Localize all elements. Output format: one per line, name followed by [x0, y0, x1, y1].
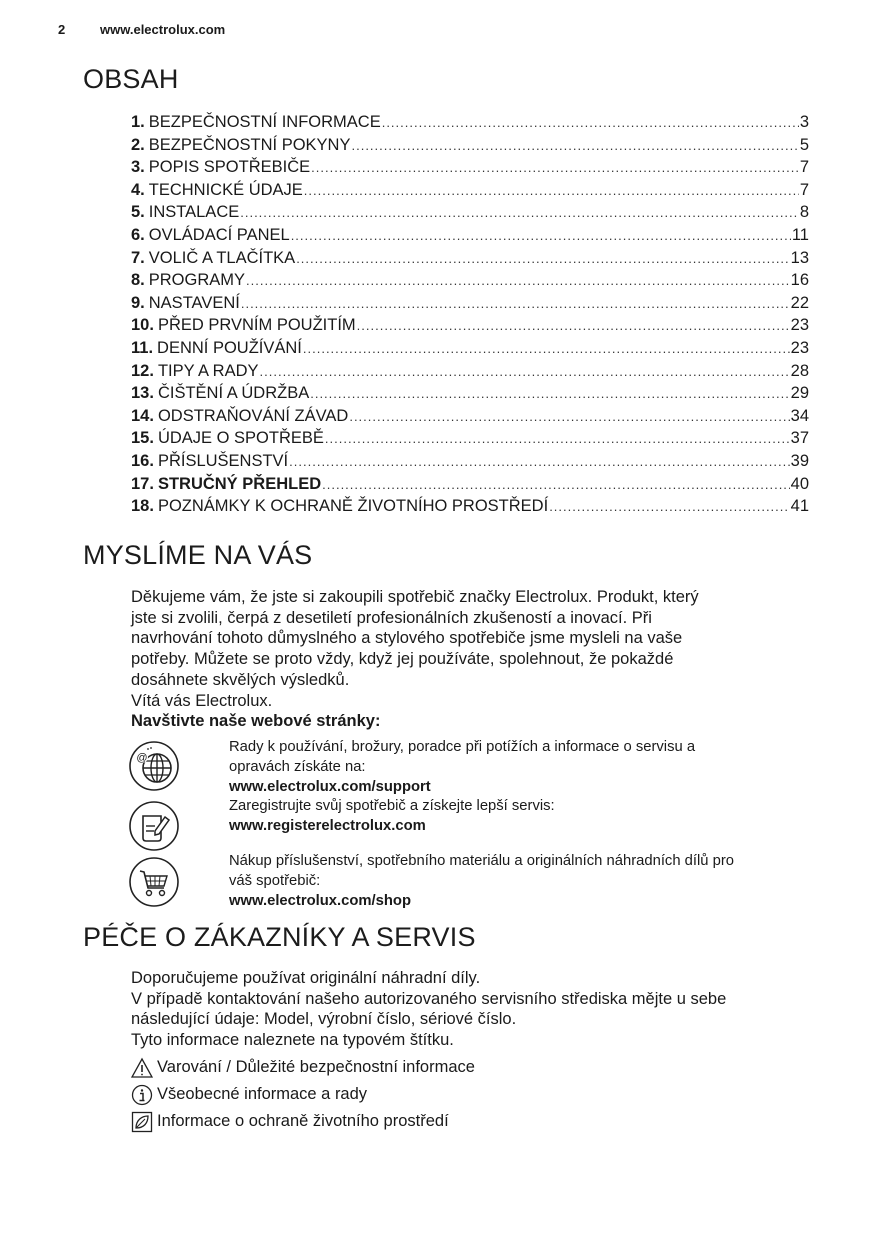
toc-item[interactable]: 7.VOLIČ A TLAČÍTKA13	[131, 247, 809, 270]
toc-item-page: 16	[791, 269, 809, 292]
toc-item-number: 17.	[131, 473, 154, 496]
toc-item-number: 9.	[131, 292, 145, 315]
text-line: Rady k používání, brožury, poradce při p…	[229, 737, 819, 757]
text-line: Zaregistrujte svůj spotřebič a získejte …	[229, 796, 819, 816]
page-header: 2www.electrolux.com	[58, 22, 225, 37]
toc-item-title: PŘÍSLUŠENSTVÍ	[158, 450, 288, 473]
toc-item-page: 34	[791, 405, 809, 428]
text-line: Nákup příslušenství, spotřebního materiá…	[229, 851, 819, 871]
toc-leader-dots	[357, 315, 790, 338]
toc-item-page: 28	[791, 360, 809, 383]
toc-item-title: ÚDAJE O SPOTŘEBĚ	[158, 427, 324, 450]
toc-item-number: 13.	[131, 382, 154, 405]
toc-item-title: STRUČNÝ PŘEHLED	[158, 473, 321, 496]
svg-text:@: @	[136, 752, 147, 764]
legend-text: Všeobecné informace a rady	[157, 1085, 367, 1104]
toc-item[interactable]: 9.NASTAVENÍ22	[131, 292, 809, 315]
service-paragraph: Doporučujeme používat originální náhradn…	[131, 968, 821, 1051]
leaf-environment-icon	[131, 1111, 153, 1133]
site-url[interactable]: www.electrolux.com	[100, 22, 225, 37]
toc-item-number: 15.	[131, 427, 154, 450]
symbol-legend: Varování / Důležité bezpečnostní informa…	[131, 1054, 475, 1135]
legend-item-environment: Informace o ochraně životního prostředí	[131, 1108, 475, 1135]
toc-item[interactable]: 15.ÚDAJE O SPOTŘEBĚ37	[131, 427, 809, 450]
toc-leader-dots	[296, 248, 789, 271]
table-of-contents: 1.BEZPEČNOSTNÍ INFORMACE32.BEZPEČNOSTNÍ …	[131, 111, 809, 518]
toc-item-title: INSTALACE	[149, 201, 239, 224]
globe-at-icon: @	[128, 740, 180, 792]
toc-item[interactable]: 17.STRUČNÝ PŘEHLED40	[131, 473, 809, 496]
shopping-cart-icon	[128, 856, 180, 908]
support-link[interactable]: www.electrolux.com/support	[229, 777, 819, 797]
toc-item[interactable]: 18.POZNÁMKY K OCHRANĚ ŽIVOTNÍHO PROSTŘED…	[131, 495, 809, 518]
toc-leader-dots	[260, 361, 790, 384]
toc-item-page: 13	[791, 247, 809, 270]
toc-item-page: 5	[800, 134, 809, 157]
toc-item-number: 1.	[131, 111, 145, 134]
toc-item-title: DENNÍ POUŽÍVÁNÍ	[157, 337, 302, 360]
info-circle-icon	[131, 1084, 153, 1106]
toc-item[interactable]: 3.POPIS SPOTŘEBIČE7	[131, 156, 809, 179]
legend-text: Varování / Důležité bezpečnostní informa…	[157, 1058, 475, 1077]
toc-item[interactable]: 16.PŘÍSLUŠENSTVÍ39	[131, 450, 809, 473]
text-line: jste si zvolili, čerpá z desetiletí prof…	[131, 608, 821, 629]
toc-leader-dots	[240, 202, 799, 225]
toc-item-page: 37	[791, 427, 809, 450]
toc-leader-dots	[246, 270, 790, 293]
toc-item[interactable]: 10.PŘED PRVNÍM POUŽITÍM23	[131, 314, 809, 337]
toc-item-title: OVLÁDACÍ PANEL	[149, 224, 290, 247]
toc-leader-dots	[549, 496, 789, 519]
toc-item-number: 11.	[131, 337, 153, 360]
toc-item-title: ČIŠTĚNÍ A ÚDRŽBA	[158, 382, 309, 405]
toc-item-number: 4.	[131, 179, 145, 202]
toc-item-title: POZNÁMKY K OCHRANĚ ŽIVOTNÍHO PROSTŘEDÍ	[158, 495, 548, 518]
text-line: potřeby. Můžete se proto vždy, když jej …	[131, 649, 821, 670]
toc-leader-dots	[310, 383, 789, 406]
text-line: opravách získáte na:	[229, 757, 819, 777]
warning-triangle-icon	[131, 1057, 153, 1079]
toc-heading: OBSAH	[83, 64, 179, 95]
toc-item-number: 8.	[131, 269, 145, 292]
text-line: váš spotřebič:	[229, 871, 819, 891]
toc-leader-dots	[382, 112, 799, 135]
toc-item-page: 8	[800, 201, 809, 224]
toc-item-page: 3	[800, 111, 809, 134]
toc-item-number: 14.	[131, 405, 154, 428]
toc-item-number: 6.	[131, 224, 145, 247]
toc-leader-dots	[325, 428, 790, 451]
toc-item-page: 7	[800, 179, 809, 202]
toc-item[interactable]: 8.PROGRAMY16	[131, 269, 809, 292]
toc-item[interactable]: 1.BEZPEČNOSTNÍ INFORMACE3	[131, 111, 809, 134]
toc-leader-dots	[303, 338, 790, 361]
visit-label: Navštivte naše webové stránky:	[131, 711, 821, 732]
toc-leader-dots	[289, 451, 789, 474]
toc-item-title: TIPY A RADY	[158, 360, 259, 383]
toc-item[interactable]: 14.ODSTRAŇOVÁNÍ ZÁVAD34	[131, 405, 809, 428]
toc-item-page: 7	[800, 156, 809, 179]
text-line: dosáhnete skvělých výsledků.	[131, 670, 821, 691]
toc-item[interactable]: 6.OVLÁDACÍ PANEL11	[131, 224, 809, 247]
toc-leader-dots	[311, 157, 799, 180]
toc-item[interactable]: 11.DENNÍ POUŽÍVÁNÍ23	[131, 337, 809, 360]
toc-item-number: 7.	[131, 247, 145, 270]
toc-leader-dots	[322, 474, 790, 497]
toc-leader-dots	[241, 293, 790, 316]
toc-item-title: NASTAVENÍ	[149, 292, 240, 315]
toc-item-title: VOLIČ A TLAČÍTKA	[149, 247, 295, 270]
text-line: Tyto informace naleznete na typovém štít…	[131, 1030, 821, 1051]
register-link[interactable]: www.registerelectrolux.com	[229, 816, 819, 836]
toc-item-title: ODSTRAŇOVÁNÍ ZÁVAD	[158, 405, 348, 428]
toc-item-page: 40	[791, 473, 809, 496]
toc-leader-dots	[304, 180, 799, 203]
shop-link[interactable]: www.electrolux.com/shop	[229, 891, 819, 911]
intro-paragraph: Děkujeme vám, že jste si zakoupili spotř…	[131, 587, 821, 732]
legend-item-warning: Varování / Důležité bezpečnostní informa…	[131, 1054, 475, 1081]
text-line: Vítá vás Electrolux.	[131, 691, 821, 712]
toc-item-number: 5.	[131, 201, 145, 224]
text-line: V případě kontaktování našeho autorizova…	[131, 989, 821, 1010]
toc-item-title: PROGRAMY	[149, 269, 245, 292]
toc-item-title: BEZPEČNOSTNÍ INFORMACE	[149, 111, 381, 134]
toc-leader-dots	[291, 225, 791, 248]
toc-item-page: 23	[791, 337, 809, 360]
toc-item-page: 23	[791, 314, 809, 337]
toc-item-number: 16.	[131, 450, 154, 473]
toc-item[interactable]: 13.ČIŠTĚNÍ A ÚDRŽBA29	[131, 382, 809, 405]
toc-item-title: PŘED PRVNÍM POUŽITÍM	[158, 314, 356, 337]
toc-item-number: 2.	[131, 134, 145, 157]
page-number: 2	[58, 22, 100, 37]
toc-item[interactable]: 4.TECHNICKÉ ÚDAJE7	[131, 179, 809, 202]
text-line: následující údaje: Model, výrobní číslo,…	[131, 1009, 821, 1030]
text-line: navrhování tohoto důmyslného a stylového…	[131, 628, 821, 649]
toc-item[interactable]: 12.TIPY A RADY28	[131, 360, 809, 383]
toc-item-title: TECHNICKÉ ÚDAJE	[149, 179, 303, 202]
toc-item-number: 10.	[131, 314, 154, 337]
section-heading-pece: PÉČE O ZÁKAZNÍKY A SERVIS	[83, 922, 476, 953]
legend-text: Informace o ochraně životního prostředí	[157, 1112, 449, 1131]
text-line: Děkujeme vám, že jste si zakoupili spotř…	[131, 587, 821, 608]
toc-item-page: 29	[791, 382, 809, 405]
toc-item-page: 39	[791, 450, 809, 473]
section-heading-myslime: MYSLÍME NA VÁS	[83, 540, 312, 571]
toc-leader-dots	[351, 135, 798, 158]
toc-item-title: POPIS SPOTŘEBIČE	[149, 156, 310, 179]
register-document-icon	[128, 800, 180, 852]
toc-item-number: 12.	[131, 360, 154, 383]
legend-item-info: Všeobecné informace a rady	[131, 1081, 475, 1108]
toc-item-page: 11	[792, 224, 809, 247]
toc-item-page: 41	[791, 495, 809, 518]
toc-item-page: 22	[791, 292, 809, 315]
toc-item-number: 18.	[131, 495, 154, 518]
toc-item[interactable]: 5.INSTALACE8	[131, 201, 809, 224]
toc-item-number: 3.	[131, 156, 145, 179]
text-line: Doporučujeme používat originální náhradn…	[131, 968, 821, 989]
toc-leader-dots	[349, 406, 789, 429]
toc-item[interactable]: 2.BEZPEČNOSTNÍ POKYNY5	[131, 134, 809, 157]
toc-item-title: BEZPEČNOSTNÍ POKYNY	[149, 134, 351, 157]
